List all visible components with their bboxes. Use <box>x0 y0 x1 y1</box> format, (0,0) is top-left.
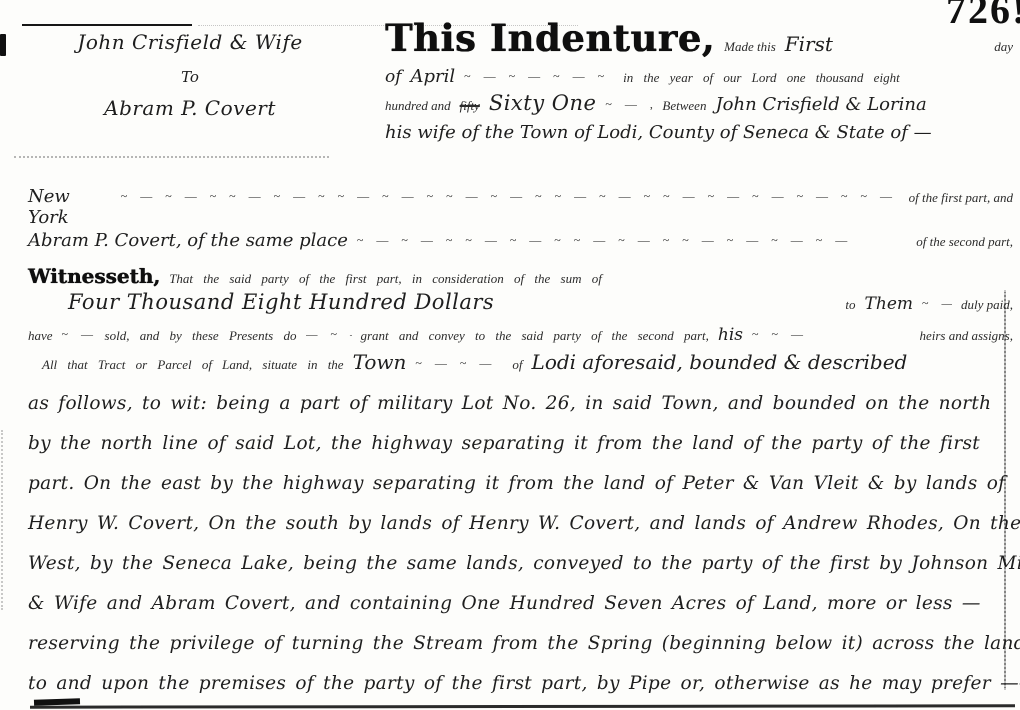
body-line: reserving the privilege of turning the S… <box>28 623 1013 663</box>
witnesseth-line: Witnesseth, That the said party of the f… <box>28 264 788 288</box>
granting-line: have ~ — sold, and by these Presents do … <box>28 325 1013 345</box>
handwritten-grantor-line2: his wife of the Town of Lodi, County of … <box>385 122 932 143</box>
body-line: as follows, to wit: being a part of mili… <box>28 383 1013 423</box>
state-line: New York ~ — ~ — ~ ~ — ~ — ~ ~ — ~ — ~ ~… <box>28 186 1013 228</box>
printed-tract-clause: All that Tract or Parcel of Land, situat… <box>42 357 344 373</box>
scan-artifact-left-edge <box>0 34 6 56</box>
squiggle-fill: ~ — , <box>605 97 653 112</box>
scan-artifact-left-dots <box>1 430 5 610</box>
handwritten-state: New York <box>28 186 112 228</box>
caption-grantor: John Crisfield & Wife <box>55 30 325 54</box>
printed-sold-presents: sold, and by these Presents do <box>105 328 297 344</box>
handwritten-his: his <box>718 325 743 345</box>
squiggle-fill: ~ — <box>922 296 952 311</box>
printed-heirs-assigns: heirs and assigns, <box>919 328 1013 344</box>
body-line: & Wife and Abram Covert, and containing … <box>28 583 1013 623</box>
handwritten-day-value: First <box>785 32 833 56</box>
printed-duly-paid: duly paid, <box>961 297 1013 313</box>
scan-artifact-top-rule <box>22 24 192 26</box>
caption-underline-dots <box>14 156 329 158</box>
indenture-heading: This Indenture, Made this First day of A… <box>385 18 1013 143</box>
printed-day-label: day <box>994 39 1013 55</box>
printed-consideration-clause: That the said party of the first part, i… <box>169 271 602 287</box>
body-line: West, by the Seneca Lake, being the same… <box>28 543 1013 583</box>
body-line: Henry W. Covert, On the south by lands o… <box>28 503 1013 543</box>
deed-scan-page: 726! John Crisfield & Wife To Abram P. C… <box>0 0 1020 710</box>
squiggle-fill: ~ ~ — <box>752 327 910 342</box>
handwritten-grantor-names: John Crisfield & Lorina <box>715 94 926 115</box>
witnesseth-word: Witnesseth, <box>28 264 160 288</box>
squiggle-fill: ~ — ~ — ~ <box>415 356 503 371</box>
handwritten-year: Sixty One <box>489 91 597 115</box>
heading-row-1: This Indenture, Made this First day <box>385 18 1013 59</box>
heading-row-3: hundred and fifty Sixty One ~ — , Betwee… <box>385 91 1013 115</box>
tract-line: All that Tract or Parcel of Land, situat… <box>42 350 1017 374</box>
handwritten-amount: Four Thousand Eight Hundred Dollars <box>68 290 494 314</box>
handwritten-town: Town <box>353 350 407 374</box>
printed-have: have <box>28 328 53 344</box>
body-line: part. On the east by the highway separat… <box>28 463 1013 503</box>
amount-line: Four Thousand Eight Hundred Dollars to T… <box>28 290 1013 314</box>
printed-between: Between <box>662 98 706 114</box>
squiggle-fill: ~ — ~ — ~ ~ — ~ — ~ ~ — ~ — ~ ~ — ~ — ~ … <box>121 189 900 204</box>
printed-grant-convey: grant and convey to the said party of th… <box>361 328 709 344</box>
caption-grantee: Abram P. Covert <box>55 96 325 120</box>
deed-body: as follows, to wit: being a part of mili… <box>28 383 1013 703</box>
body-line: by the north line of said Lot, the highw… <box>28 423 1013 463</box>
scan-artifact-bottom-bar <box>30 704 1015 708</box>
squiggle-fill: ~ — ~ — ~ — ~ — ~ — <box>464 69 614 84</box>
heading-row-2: of April ~ — ~ — ~ — ~ — ~ — in the year… <box>385 66 1013 87</box>
printed-to: to <box>845 297 855 313</box>
handwritten-lodi-aforesaid: Lodi aforesaid, bounded & described <box>532 350 908 374</box>
squiggle-fill: ~ — ~ — ~ ~ — ~ — ~ ~ — ~ — ~ ~ — ~ — ~ … <box>357 233 907 248</box>
printed-of: of <box>512 357 522 373</box>
printed-year-clause: in the year of our Lord one thousand eig… <box>623 70 900 86</box>
printed-hundred-and: hundred and <box>385 98 451 114</box>
squiggle-fill: — ~ — <box>306 327 352 342</box>
indenture-title: This Indenture, <box>385 18 715 59</box>
handwritten-them: Them <box>865 294 913 314</box>
caption-to: To <box>55 68 325 86</box>
printed-first-part: of the first part, and <box>909 190 1013 206</box>
body-line: to and upon the premises of the party of… <box>28 663 1013 703</box>
handwritten-month: April <box>411 66 456 87</box>
printed-fifty-struck: fifty <box>460 98 480 114</box>
heading-row-4: his wife of the Town of Lodi, County of … <box>385 122 1013 143</box>
squiggle-fill: ~ — <box>62 327 96 342</box>
handwritten-grantee: Abram P. Covert, of the same place <box>28 230 348 251</box>
printed-made-this: Made this <box>724 39 776 55</box>
grantee-line: Abram P. Covert, of the same place ~ — ~… <box>28 230 1013 251</box>
printed-second-part: of the second part, <box>916 234 1013 250</box>
handwritten-of: of <box>385 67 402 87</box>
caption-block: John Crisfield & Wife To Abram P. Covert <box>55 30 325 120</box>
